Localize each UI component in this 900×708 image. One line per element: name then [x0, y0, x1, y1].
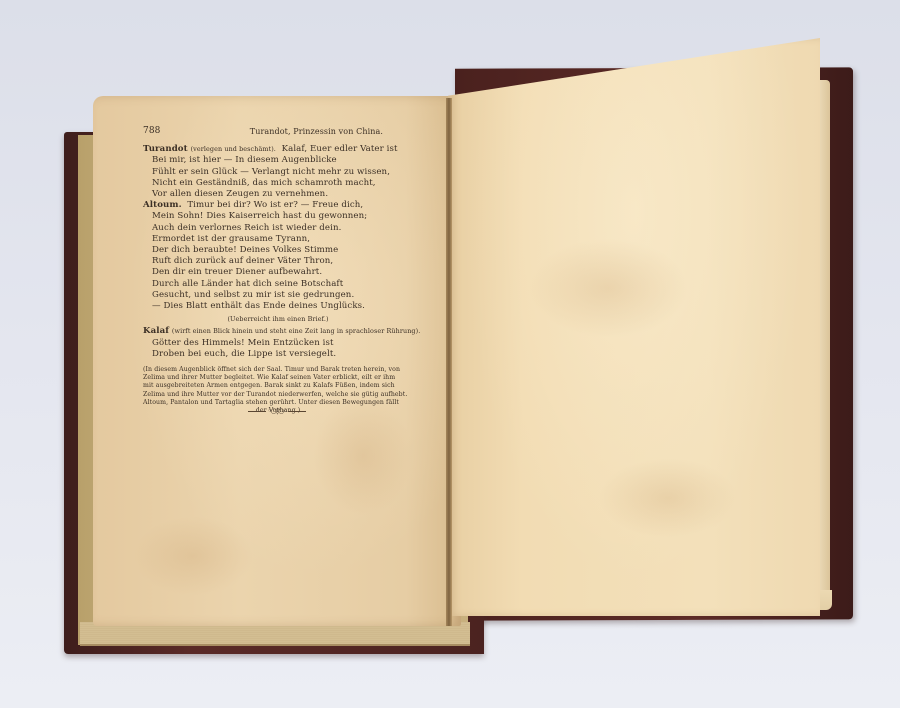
- verse-line: Durch alle Länder hat dich seine Botscha…: [143, 279, 413, 290]
- book-gutter: [446, 98, 452, 626]
- left-page-text: 788 Turandot, Prinzessin von China. Tura…: [143, 126, 413, 415]
- verse-line: Kalaf (wirft einen Blick hinein und steh…: [143, 326, 413, 337]
- verse-line: — Dies Blatt enthält das Ende deines Ung…: [143, 301, 413, 312]
- page-number: 788: [143, 126, 160, 137]
- stage-direction-letter: (Ueberreicht ihm einen Brief.): [143, 314, 413, 325]
- verse-line: Droben bei euch, die Lippe ist versiegel…: [143, 349, 413, 360]
- verse-line: Mein Sohn! Dies Kaiserreich hast du gewo…: [143, 211, 413, 222]
- verse-line: Auch dein verlornes Reich ist wieder dei…: [143, 223, 413, 234]
- verse-line: Altoum. Timur bei dir? Wo ist er? — Freu…: [143, 200, 413, 211]
- verse-line: Bei mir, ist hier — In diesem Augenblick…: [143, 155, 413, 166]
- book-photo: 788 Turandot, Prinzessin von China. Tura…: [0, 0, 900, 708]
- verse-line: Der dich beraubte! Deines Volkes Stimme: [143, 245, 413, 256]
- verse-line: Den dir ein treuer Diener aufbewahrt.: [143, 267, 413, 278]
- verse-line: Vor allen diesen Zeugen zu vernehmen.: [143, 189, 413, 200]
- end-ornament: ◦○◊○◦: [248, 408, 306, 414]
- speaker-name: Kalaf: [143, 326, 169, 336]
- verse-line: Ruft dich zurück auf deiner Väter Thron,: [143, 256, 413, 267]
- verse-line: Fühlt er sein Glück — Verlangt nicht meh…: [143, 167, 413, 178]
- verse-line: Götter des Himmels! Mein Entzücken ist: [143, 338, 413, 349]
- page-header: 788 Turandot, Prinzessin von China.: [143, 126, 413, 137]
- verse-line: Gesucht, und selbst zu mir ist sie gedru…: [143, 290, 413, 301]
- stage-direction: (wirft einen Blick hinein und steht eine…: [172, 327, 420, 335]
- speaker-name: Turandot: [143, 144, 188, 154]
- speaker-name: Altoum.: [143, 200, 182, 210]
- right-page-blank: [448, 38, 820, 616]
- running-head: Turandot, Prinzessin von China.: [250, 126, 383, 137]
- verse-line: Turandot (verlegen und beschämt). Kalaf,…: [143, 144, 413, 155]
- verse-line: Ermordet ist der grausame Tyrann,: [143, 234, 413, 245]
- stage-direction: (verlegen und beschämt).: [191, 145, 276, 153]
- verse-line: Nicht ein Geständniß, das mich schamroth…: [143, 178, 413, 189]
